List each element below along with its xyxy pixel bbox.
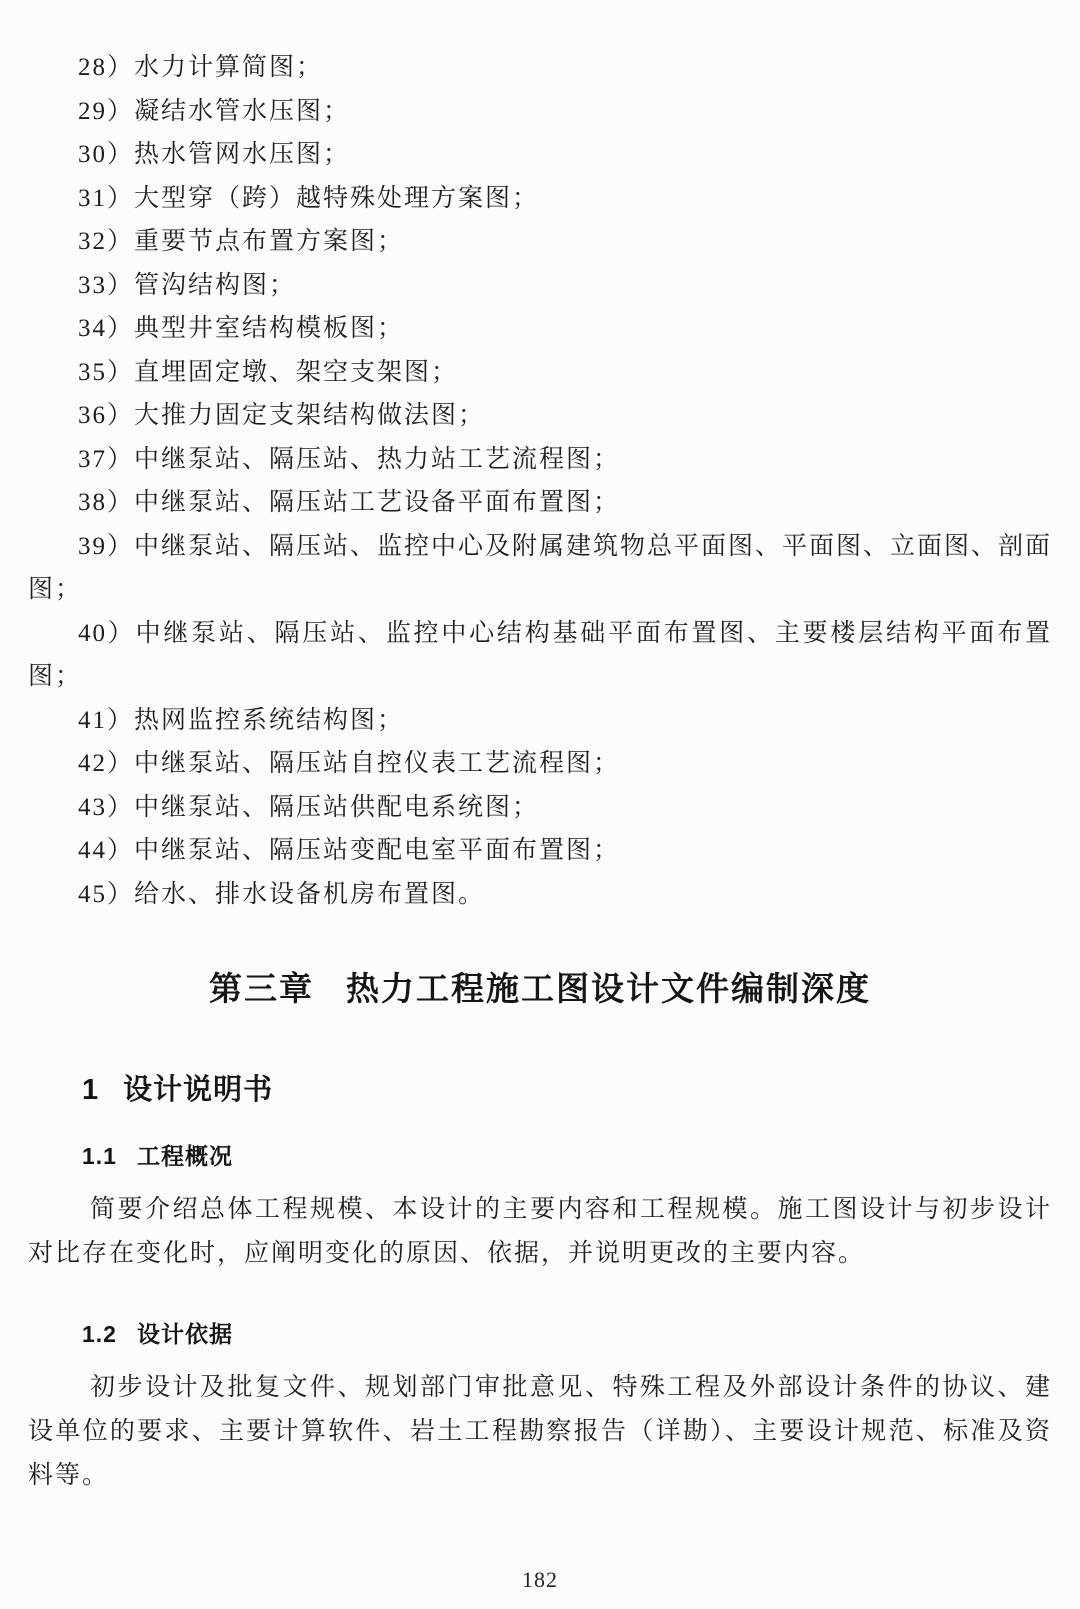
list-item: 28）水力计算简图； xyxy=(28,46,1052,90)
page-number: 182 xyxy=(0,1567,1080,1593)
chapter-label: 第三章 xyxy=(209,970,314,1007)
document-page: 28）水力计算简图； 29）凝结水管水压图； 30）热水管网水压图； 31）大型… xyxy=(0,0,1080,1609)
list-item: 34）典型井室结构模板图； xyxy=(28,307,1052,351)
list-item: 41）热网监控系统结构图； xyxy=(28,699,1052,743)
list-item: 43）中继泵站、隔压站供配电系统图； xyxy=(28,786,1052,830)
section-1-1-title: 工程概况 xyxy=(137,1143,233,1169)
list-item: 37）中继泵站、隔压站、热力站工艺流程图； xyxy=(28,438,1052,482)
list-item: 32）重要节点布置方案图； xyxy=(28,220,1052,264)
section-1-2-number: 1.2 xyxy=(82,1321,117,1347)
section-1-2-title: 设计依据 xyxy=(137,1321,233,1347)
section-1-number: 1 xyxy=(82,1074,99,1106)
section-1-1-heading: 1.1工程概况 xyxy=(28,1140,1052,1172)
list-item: 35）直埋固定墩、架空支架图； xyxy=(28,351,1052,395)
list-item: 38）中继泵站、隔压站工艺设备平面布置图； xyxy=(28,481,1052,525)
list-item: 42）中继泵站、隔压站自控仪表工艺流程图； xyxy=(28,742,1052,786)
section-1-1-paragraph: 简要介绍总体工程规模、本设计的主要内容和工程规模。施工图设计与初步设计对比存在变… xyxy=(28,1188,1052,1276)
list-item: 36）大推力固定支架结构做法图； xyxy=(28,394,1052,438)
list-item: 33）管沟结构图； xyxy=(28,264,1052,308)
list-item: 39）中继泵站、隔压站、监控中心及附属建筑物总平面图、平面图、立面图、剖面图； xyxy=(28,525,1052,612)
section-1-title: 设计说明书 xyxy=(123,1074,273,1106)
list-item: 29）凝结水管水压图； xyxy=(28,90,1052,134)
chapter-heading: 第三章热力工程施工图设计文件编制深度 xyxy=(28,966,1052,1012)
section-1-2-heading: 1.2设计依据 xyxy=(28,1318,1052,1350)
list-item: 40）中继泵站、隔压站、监控中心结构基础平面布置图、主要楼层结构平面布置图； xyxy=(28,612,1052,699)
chapter-title: 热力工程施工图设计文件编制深度 xyxy=(346,970,871,1007)
list-item: 31）大型穿（跨）越特殊处理方案图； xyxy=(28,177,1052,221)
section-1-1-number: 1.1 xyxy=(82,1143,117,1169)
list-item: 30）热水管网水压图； xyxy=(28,133,1052,177)
section-1-heading: 1设计说明书 xyxy=(28,1070,1052,1110)
list-item: 44）中继泵站、隔压站变配电室平面布置图； xyxy=(28,829,1052,873)
section-1-2-paragraph: 初步设计及批复文件、规划部门审批意见、特殊工程及外部设计条件的协议、建设单位的要… xyxy=(28,1366,1052,1498)
numbered-drawing-list: 28）水力计算简图； 29）凝结水管水压图； 30）热水管网水压图； 31）大型… xyxy=(28,46,1052,916)
list-item: 45）给水、排水设备机房布置图。 xyxy=(28,873,1052,917)
